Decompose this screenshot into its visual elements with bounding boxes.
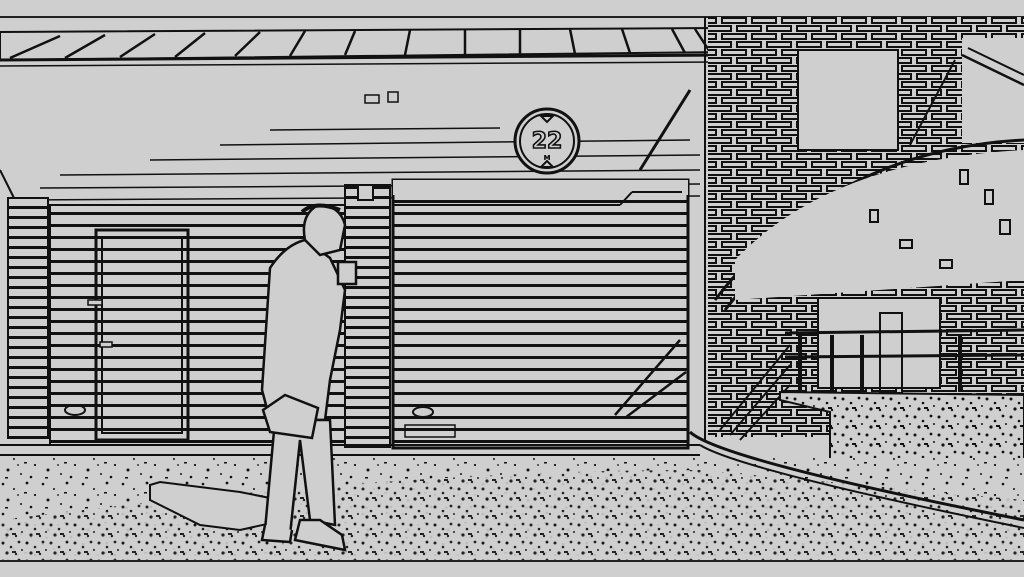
garage-door — [393, 180, 688, 448]
left-slats — [8, 198, 48, 438]
sign-number: 22 — [532, 129, 563, 154]
distance-sign: 22 м — [515, 109, 579, 173]
line-art-scene: 22 м — [0, 0, 1024, 577]
sign-unit: м — [543, 153, 550, 163]
narrow-slats — [345, 185, 390, 447]
